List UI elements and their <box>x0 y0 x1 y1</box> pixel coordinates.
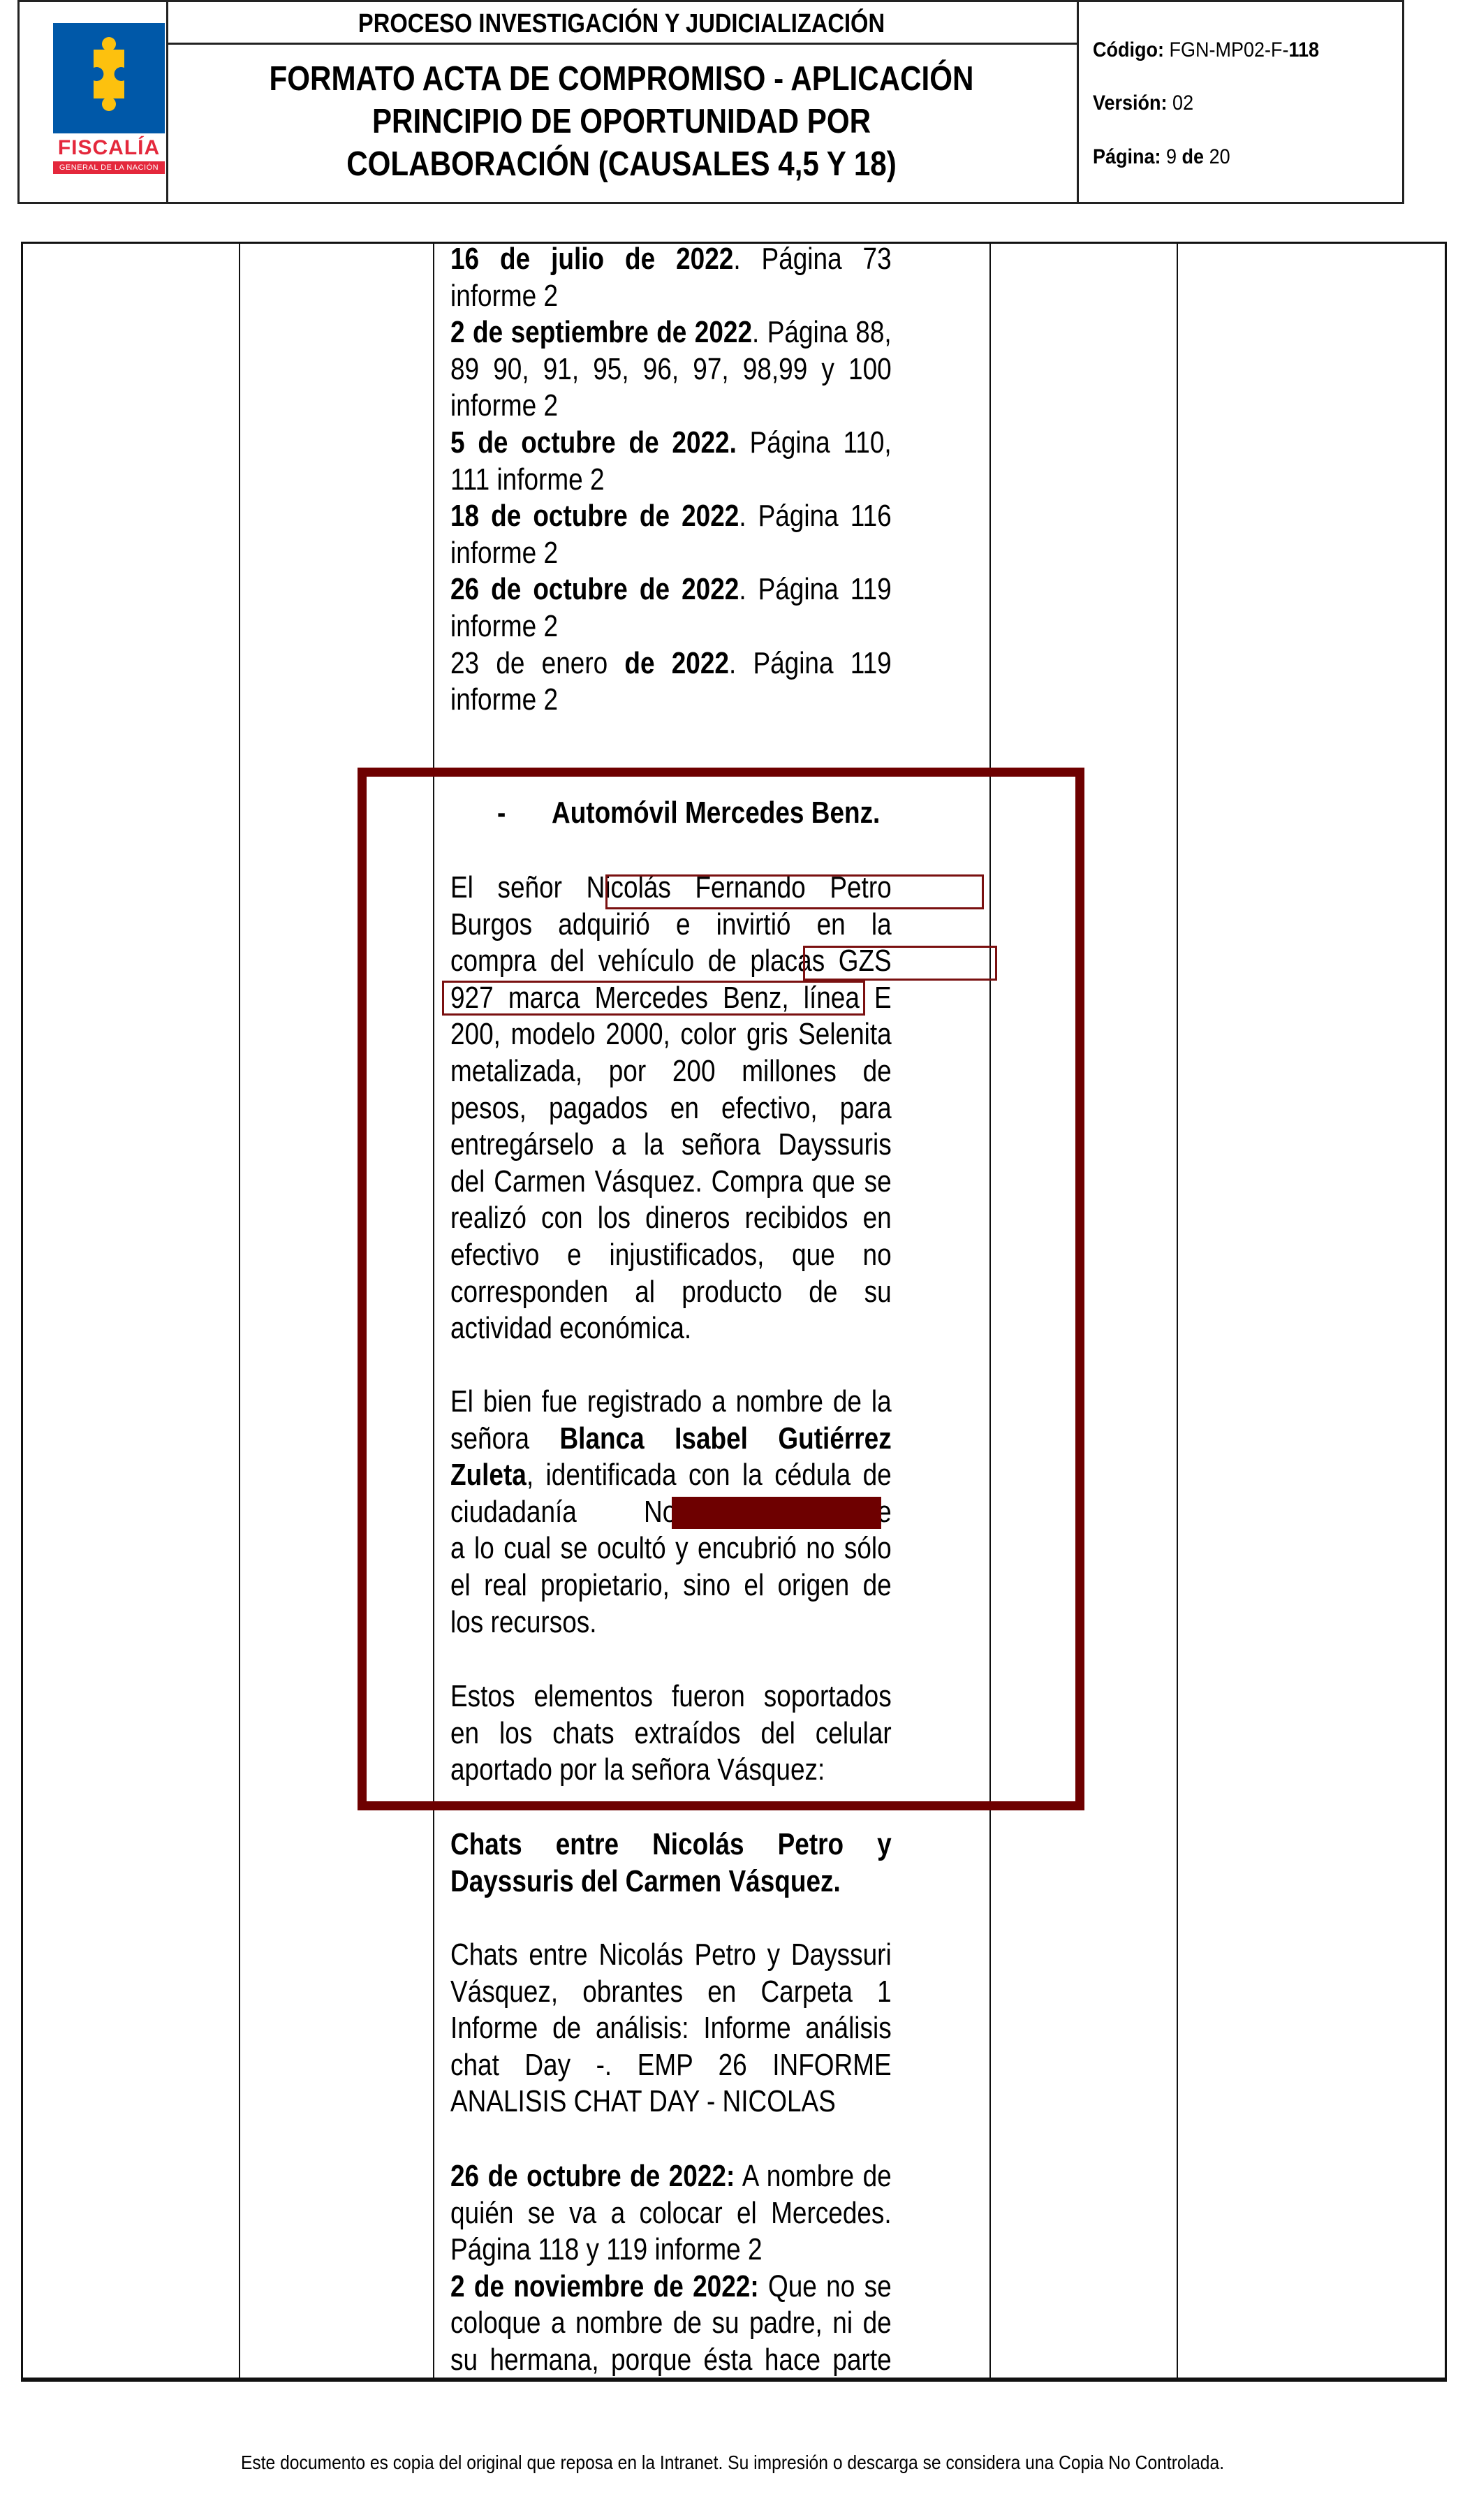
paragraph-line: Informe de análisis: Informe análisis <box>450 2010 892 2047</box>
page-of: de <box>1182 145 1205 168</box>
version-value: 02 <box>1172 91 1193 115</box>
date-entry: 16 de julio de 2022. Página 73 <box>450 241 892 278</box>
document-header: FISCALÍA GENERAL DE LA NACIÓN PROCESO IN… <box>17 0 1404 204</box>
date-entry: 26 de octubre de 2022. Página 119 <box>450 571 892 608</box>
column-divider <box>1177 242 1178 2382</box>
date-entry: informe 2 <box>450 535 892 572</box>
date-entry: 23 de enero de 2022. Página 119 <box>450 645 892 682</box>
chat-entry: 2 de noviembre de 2022: Que no se <box>450 2269 892 2306</box>
chat-entry: Página 118 y 119 informe 2 <box>450 2232 892 2269</box>
page-total: 20 <box>1209 145 1230 168</box>
codigo-label: Código: <box>1093 38 1164 61</box>
date-entry: informe 2 <box>450 682 892 719</box>
codigo-field: Código: FGN-MP02-F-118 <box>1093 38 1319 62</box>
paragraph-line: chat Day -. EMP 26 INFORME <box>450 2047 892 2084</box>
form-title: FORMATO ACTA DE COMPROMISO - APLICACIÓN … <box>230 58 1013 186</box>
form-title-line: FORMATO ACTA DE COMPROMISO - APLICACIÓN <box>230 58 1013 101</box>
page-current: 9 <box>1166 145 1177 168</box>
form-title-line: COLABORACIÓN (CAUSALES 4,5 Y 18) <box>230 143 1013 186</box>
header-divider <box>1077 2 1079 202</box>
chats-heading: Chats entre Nicolás Petro y <box>450 1826 892 1863</box>
page-label: Página: <box>1093 145 1161 168</box>
logo-name: FISCALÍA <box>52 136 165 160</box>
date-entry: 2 de septiembre de 2022. Página 88, <box>450 314 892 351</box>
date-entry: informe 2 <box>450 278 892 315</box>
chat-entry: su hermana, porque ésta hace parte <box>450 2342 892 2379</box>
paragraph-line: ANALISIS CHAT DAY - NICOLAS <box>450 2083 892 2120</box>
logo-subtitle: GENERAL DE LA NACIÓN <box>53 161 165 174</box>
chats-heading: Dayssuris del Carmen Vásquez. <box>450 1863 892 1900</box>
chat-entry: 26 de octubre de 2022: A nombre de <box>450 2158 892 2195</box>
paragraph-line: Vásquez, obrantes en Carpeta 1 <box>450 1974 892 2011</box>
codigo-suffix: 118 <box>1288 38 1319 61</box>
page-number-field: Página: 9 de 20 <box>1093 145 1230 169</box>
paragraph-line: Chats entre Nicolás Petro y Dayssuri <box>450 1937 892 1974</box>
form-title-line: PRINCIPIO DE OPORTUNIDAD POR <box>230 101 1013 143</box>
date-entry: 89 90, 91, 95, 96, 97, 98,99 y 100 <box>450 351 892 388</box>
date-entry: informe 2 <box>450 608 892 645</box>
date-entry: 18 de octubre de 2022. Página 116 <box>450 498 892 535</box>
version-field: Versión: 02 <box>1093 91 1193 115</box>
header-divider <box>166 2 168 202</box>
column-divider <box>239 242 240 2382</box>
version-label: Versión: <box>1093 91 1168 115</box>
codigo-value: FGN-MP02-F- <box>1169 38 1288 61</box>
process-title: PROCESO INVESTIGACIÓN Y JUDICIALIZACIÓN <box>230 2 1013 44</box>
date-entry: informe 2 <box>450 388 892 425</box>
footer-disclaimer: Este documento es copia del original que… <box>88 2452 1377 2474</box>
date-entry: 5 de octubre de 2022. Página 110, <box>450 425 892 462</box>
date-entry: 111 informe 2 <box>450 462 892 499</box>
chat-entry: coloque a nombre de su padre, ni de <box>450 2305 892 2342</box>
highlight-box <box>358 768 1084 1810</box>
chat-entry: quién se va a colocar el Mercedes. <box>450 2195 892 2232</box>
puzzle-logo-icon <box>53 23 165 133</box>
